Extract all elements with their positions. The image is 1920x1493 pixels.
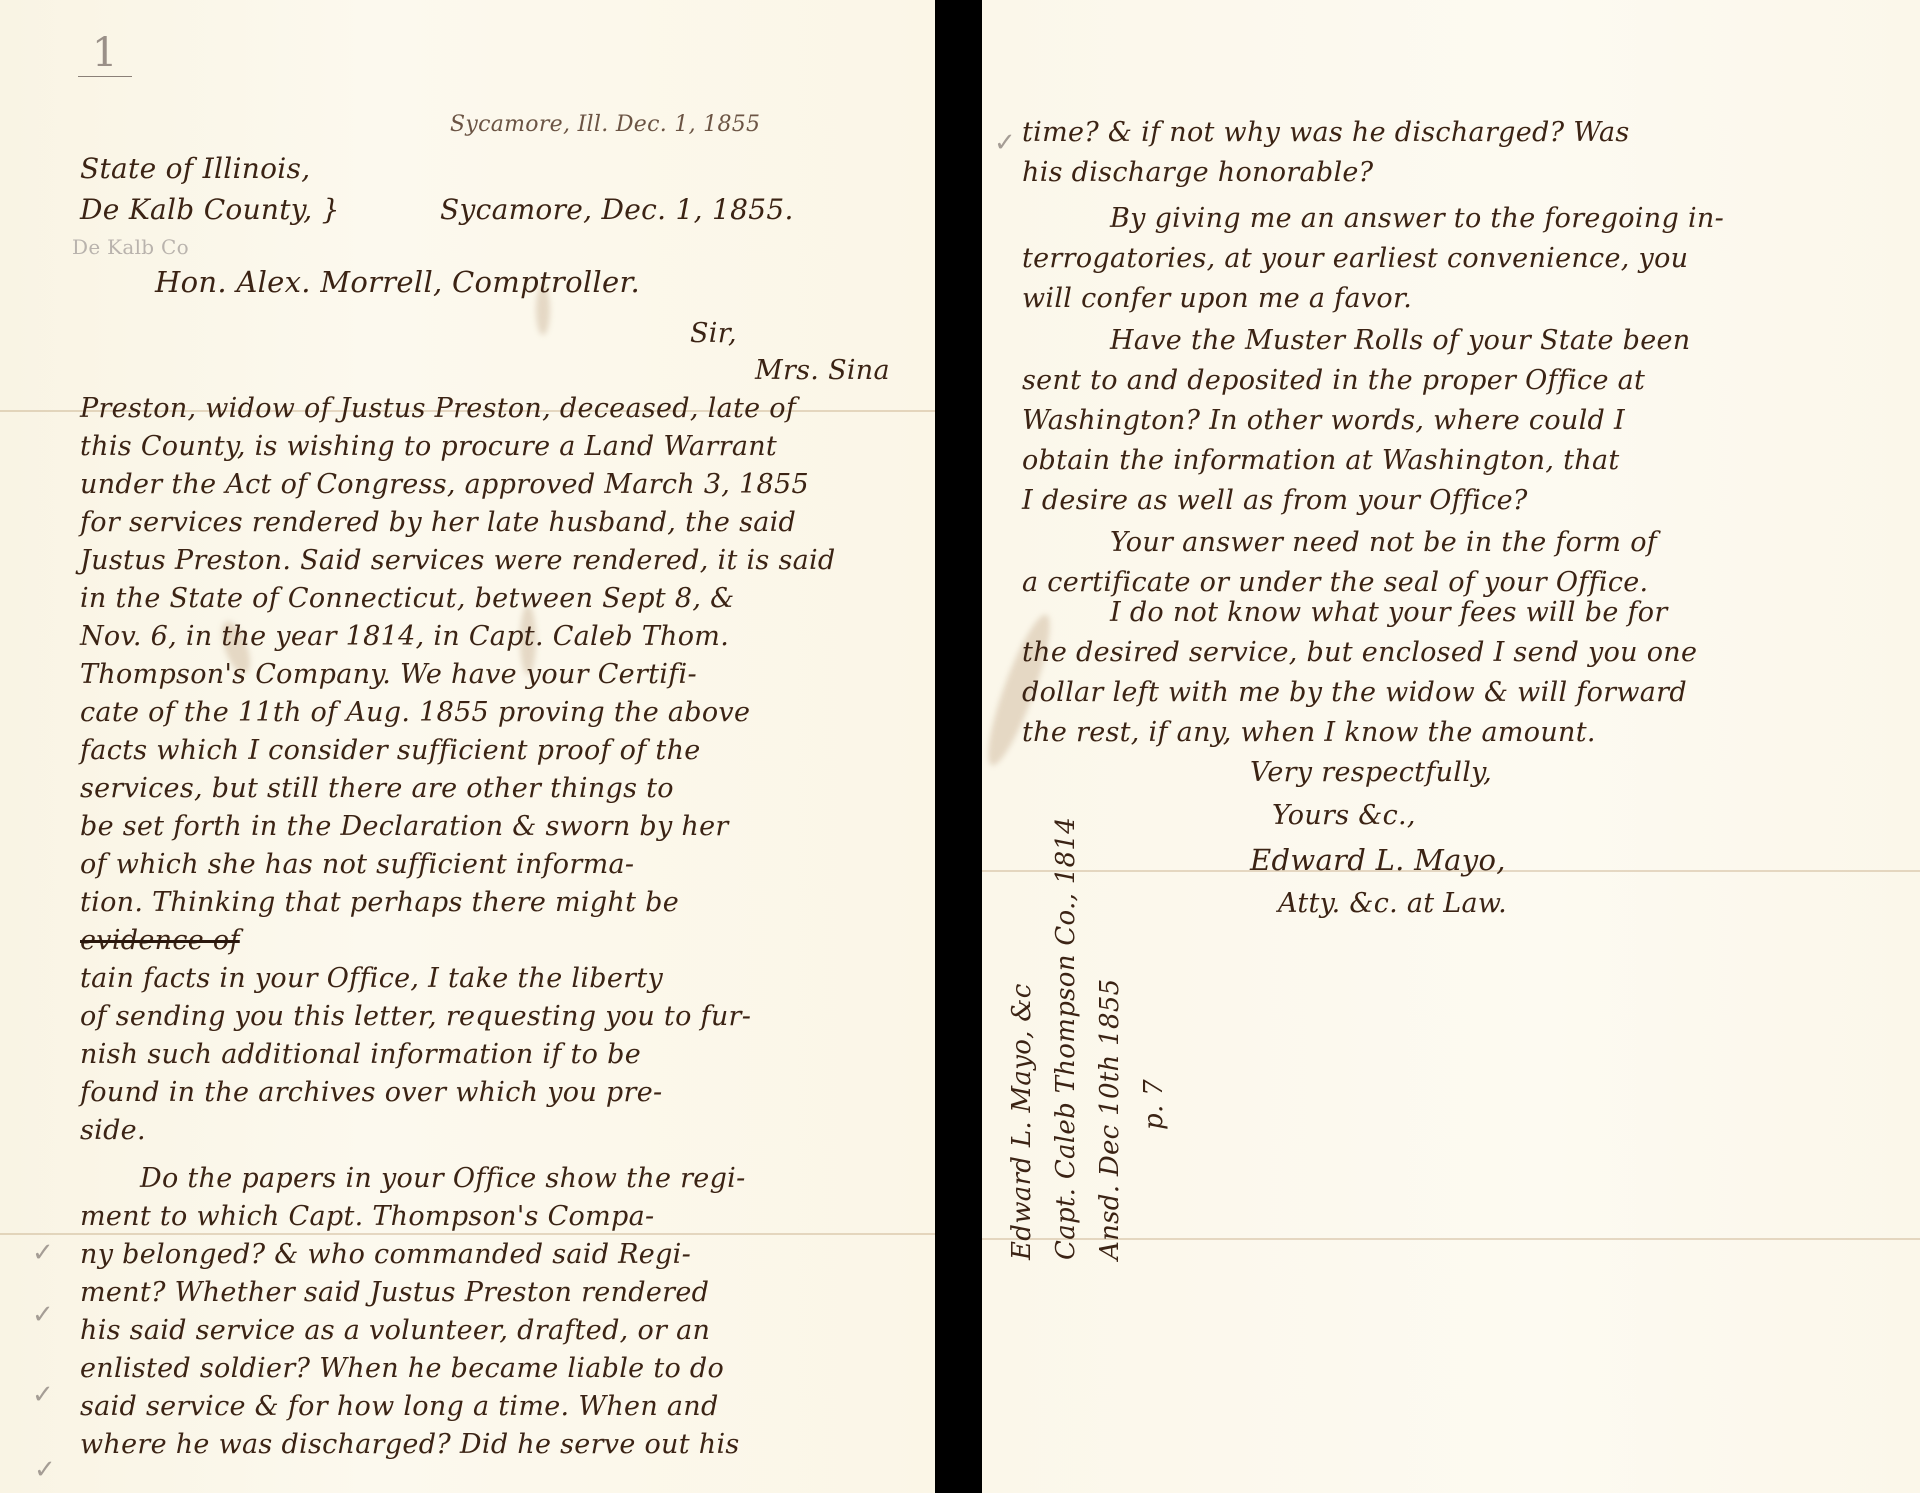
- body-line: under the Act of Congress, approved Marc…: [80, 469, 809, 500]
- body-line: found in the archives over which you pre…: [80, 1077, 662, 1108]
- check-mark-icon: ✓: [32, 1300, 54, 1330]
- body-line: Do the papers in your Office show the re…: [140, 1163, 746, 1194]
- body-line: terrogatories, at your earliest convenie…: [1022, 243, 1688, 274]
- body-line: Your answer need not be in the form of: [1110, 527, 1657, 558]
- body-line: his said service as a volunteer, drafted…: [80, 1315, 710, 1346]
- docket-line: p. 7: [1132, 817, 1176, 1260]
- docket-line: Capt. Caleb Thompson Co., 1814: [1044, 817, 1088, 1260]
- venue-state: State of Illinois,: [80, 152, 310, 185]
- body-line: ment to which Capt. Thompson's Compa-: [80, 1201, 654, 1232]
- body-line: a certificate or under the seal of your …: [1022, 567, 1648, 598]
- body-line: Have the Muster Rolls of your State been: [1110, 325, 1690, 356]
- docket-line: Edward L. Mayo, &c: [1000, 817, 1044, 1260]
- right-page: ✓ time? & if not why was he discharged? …: [982, 0, 1920, 1493]
- body-line: the desired service, but enclosed I send…: [1022, 637, 1697, 668]
- body-line: of which she has not sufficient informa-: [80, 849, 634, 880]
- body-line: side.: [80, 1115, 146, 1146]
- body-line: sent to and deposited in the proper Offi…: [1022, 365, 1645, 396]
- text: his discharge honorable?: [1022, 157, 1373, 188]
- body-line: of sending you this letter, requesting y…: [80, 1001, 751, 1032]
- body-line: Preston, widow of Justus Preston, deceas…: [80, 393, 796, 424]
- docket-line: Ansd. Dec 10th 1855: [1088, 817, 1132, 1260]
- body-line: enlisted soldier? When he became liable …: [80, 1353, 724, 1384]
- body-line: this County, is wishing to procure a Lan…: [80, 431, 777, 462]
- body-line: I do not know what your fees will be for: [1110, 597, 1668, 628]
- left-page: 1 Sycamore, Ill. Dec. 1, 1855 State of I…: [0, 0, 935, 1493]
- page-divider: [935, 0, 982, 1493]
- body-line: tion. Thinking that perhaps there might …: [80, 887, 679, 918]
- body-line: ny belonged? & who commanded said Regi-: [80, 1239, 691, 1270]
- body-line: where he was discharged? Did he serve ou…: [80, 1429, 740, 1460]
- body-line: Mrs. Sina: [755, 355, 890, 386]
- body-line: the rest, if any, when I know the amount…: [1022, 717, 1596, 748]
- body-line: facts which I consider sufficient proof …: [80, 735, 701, 766]
- check-mark-icon: ✓: [32, 1238, 54, 1268]
- docket: Edward L. Mayo, &c Capt. Caleb Thompson …: [1000, 817, 1176, 1260]
- closing-line: Yours &c.,: [1272, 800, 1416, 831]
- check-mark-icon: ✓: [32, 1380, 54, 1410]
- body-line: ment? Whether said Justus Preston render…: [80, 1277, 709, 1308]
- body-line: cate of the 11th of Aug. 1855 proving th…: [80, 697, 750, 728]
- body-line: Nov. 6, in the year 1814, in Capt. Caleb…: [80, 621, 729, 652]
- dateline: Sycamore, Dec. 1, 1855.: [440, 193, 794, 226]
- dateline-pencil: Sycamore, Ill. Dec. 1, 1855: [450, 112, 760, 137]
- fold-line: [0, 1233, 935, 1235]
- body-line: nish such additional information if to b…: [80, 1039, 641, 1070]
- body-line: Justus Preston. Said services were rende…: [80, 545, 836, 576]
- body-line: for services rendered by her late husban…: [80, 507, 796, 538]
- body-line: dollar left with me by the widow & will …: [1022, 677, 1687, 708]
- body-line: in the State of Connecticut, between Sep…: [80, 583, 734, 614]
- signature: Edward L. Mayo,: [1250, 843, 1506, 877]
- body-line: Thompson's Company. We have your Certifi…: [80, 659, 697, 690]
- pencil-note: De Kalb Co: [72, 235, 189, 259]
- check-mark-icon: ✓: [34, 1455, 56, 1485]
- page-number: 1: [78, 30, 132, 77]
- check-mark-icon: ✓: [994, 128, 1016, 158]
- signature-title: Atty. &c. at Law.: [1278, 888, 1507, 919]
- body-line: I desire as well as from your Office?: [1022, 485, 1528, 516]
- body-line: said service & for how long a time. When…: [80, 1391, 719, 1422]
- closing-line: Very respectfully,: [1250, 757, 1492, 788]
- body-line: obtain the information at Washington, th…: [1022, 445, 1620, 476]
- body-line: time? & if not why was he discharged? Wa…: [1022, 117, 1630, 148]
- body-line-struck: evidence of: [80, 925, 240, 956]
- body-line: will confer upon me a favor.: [1022, 283, 1412, 314]
- body-line: By giving me an answer to the foregoing …: [1110, 203, 1724, 234]
- salutation: Sir,: [690, 318, 737, 349]
- body-line: Washington? In other words, where could …: [1022, 405, 1625, 436]
- struck-text: evidence of: [80, 925, 240, 956]
- body-line: tain facts in your Office, I take the li…: [80, 963, 663, 994]
- venue-county: De Kalb County, }: [80, 193, 340, 226]
- addressee: Hon. Alex. Morrell, Comptroller.: [155, 265, 640, 299]
- body-line-underlined: his discharge honorable?: [1022, 157, 1373, 188]
- body-line: be set forth in the Declaration & sworn …: [80, 811, 729, 842]
- body-line: services, but still there are other thin…: [80, 773, 674, 804]
